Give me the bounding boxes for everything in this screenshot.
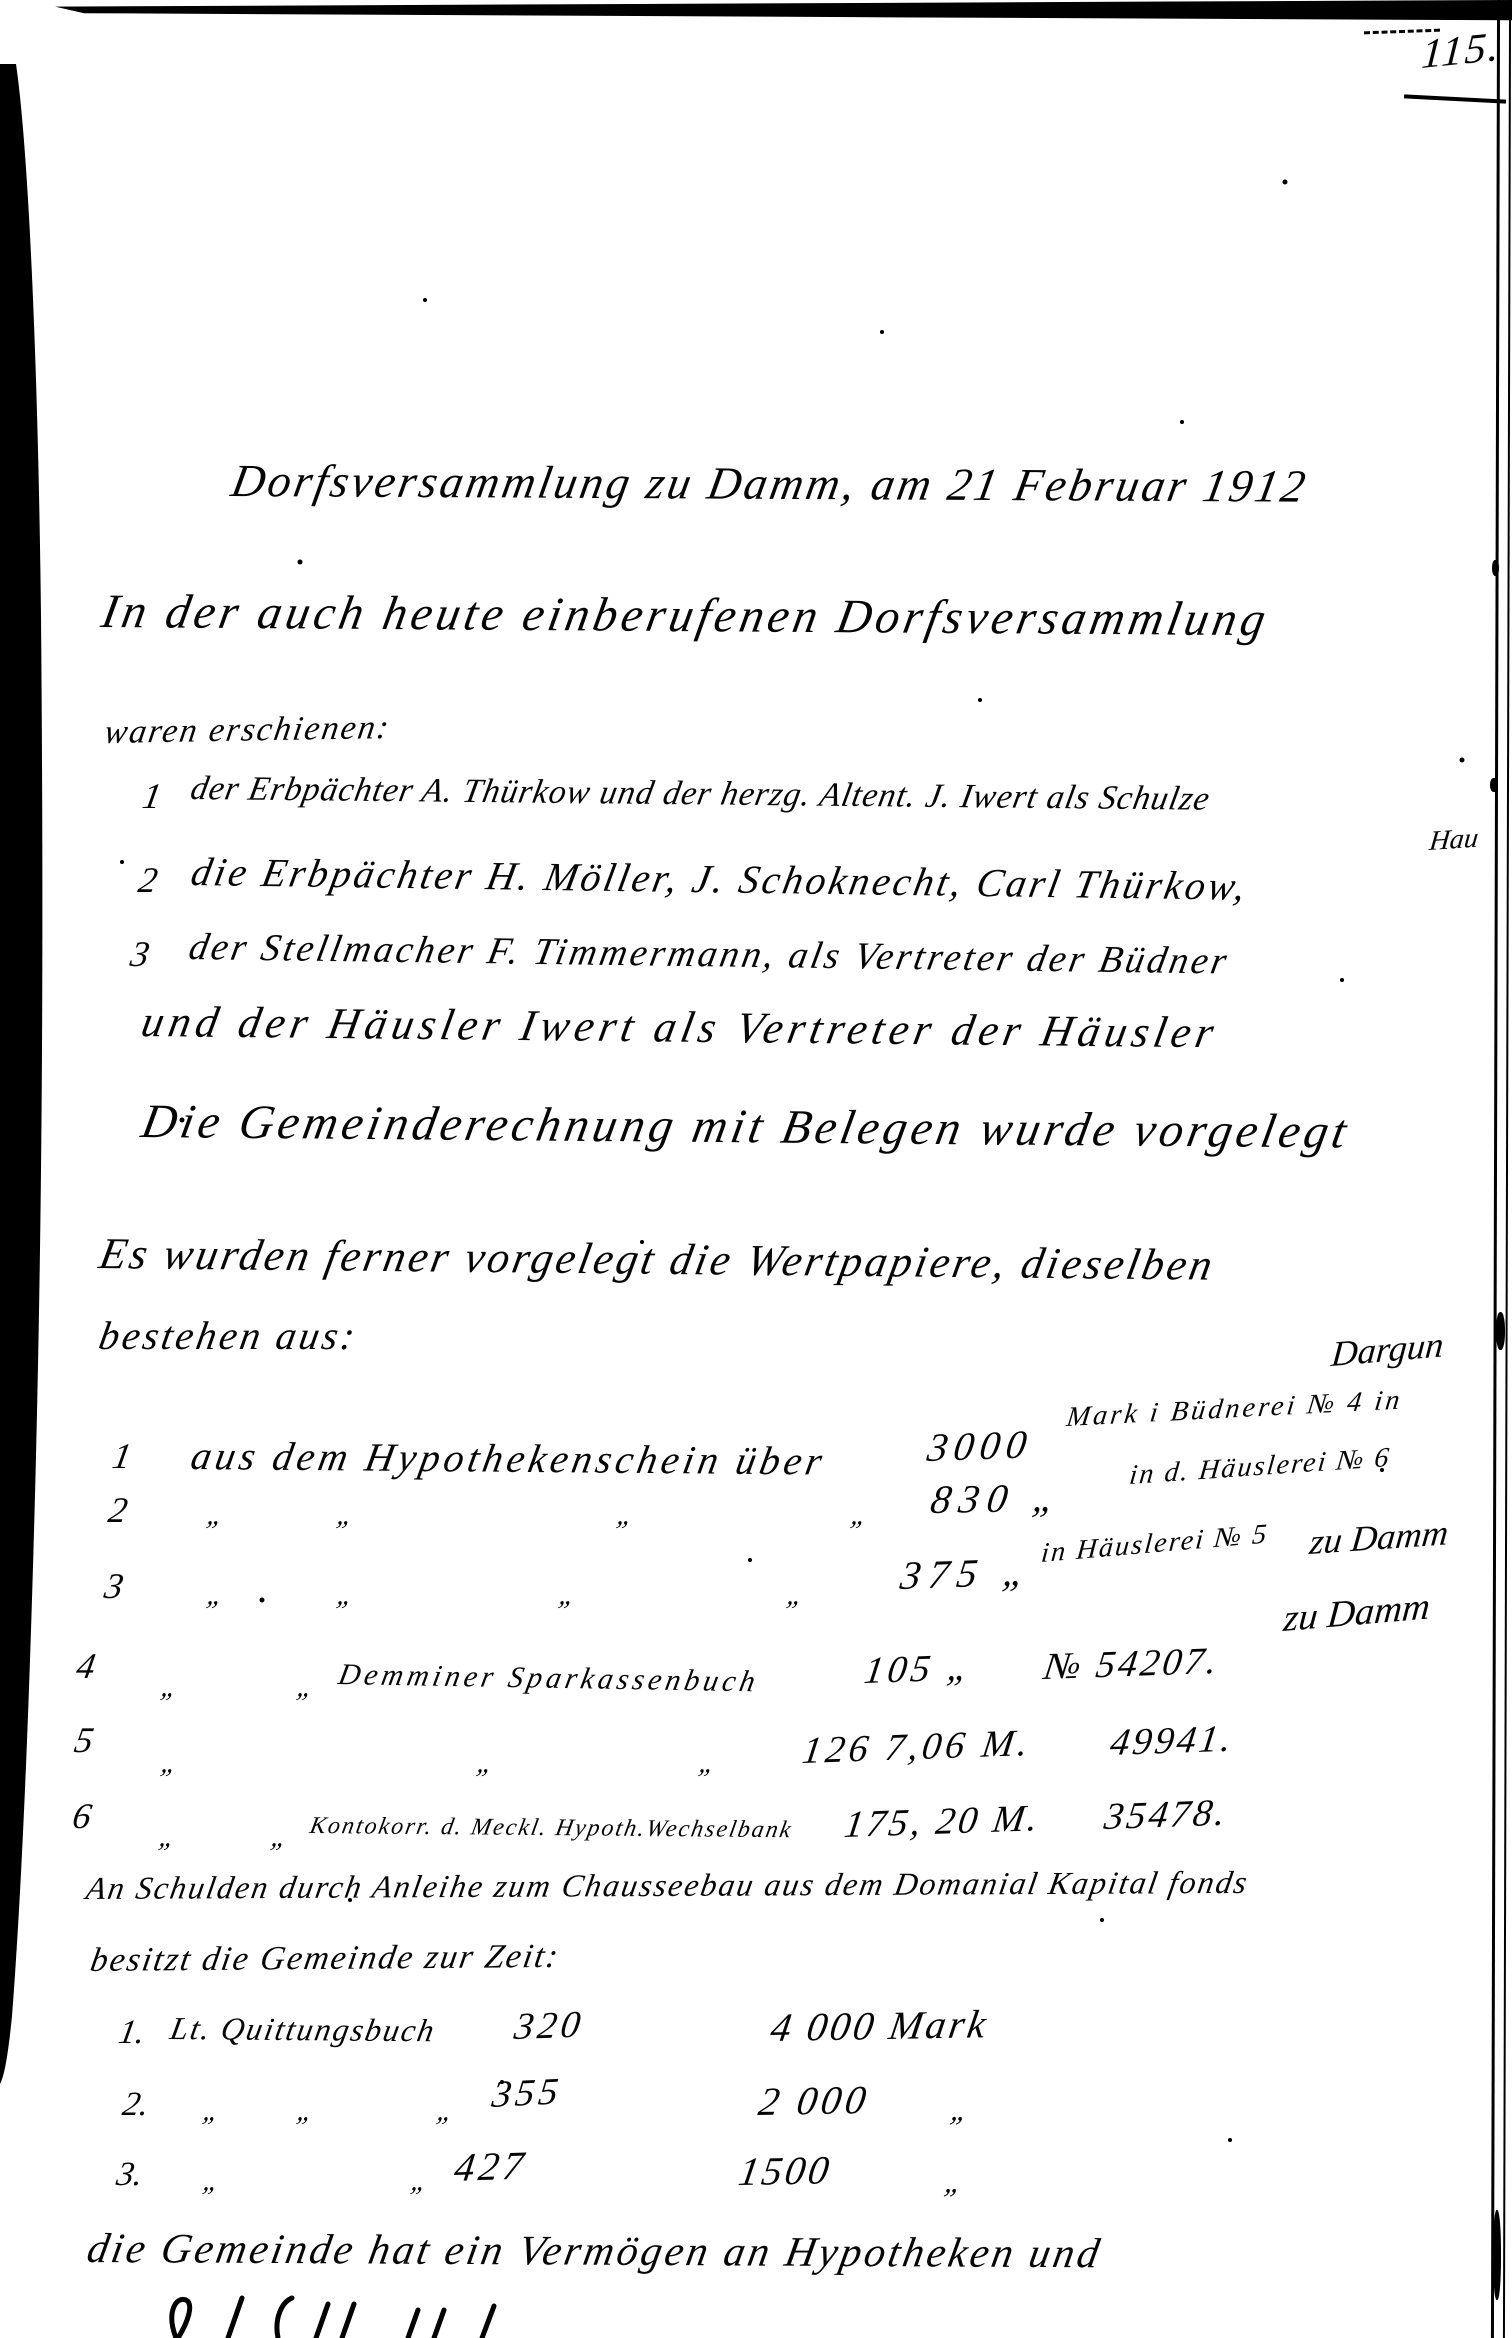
ink-specks [0, 0, 1512, 2338]
manuscript-page: 115. Dorfsversammlung zu Damm, am 21 Feb… [0, 0, 1512, 2338]
